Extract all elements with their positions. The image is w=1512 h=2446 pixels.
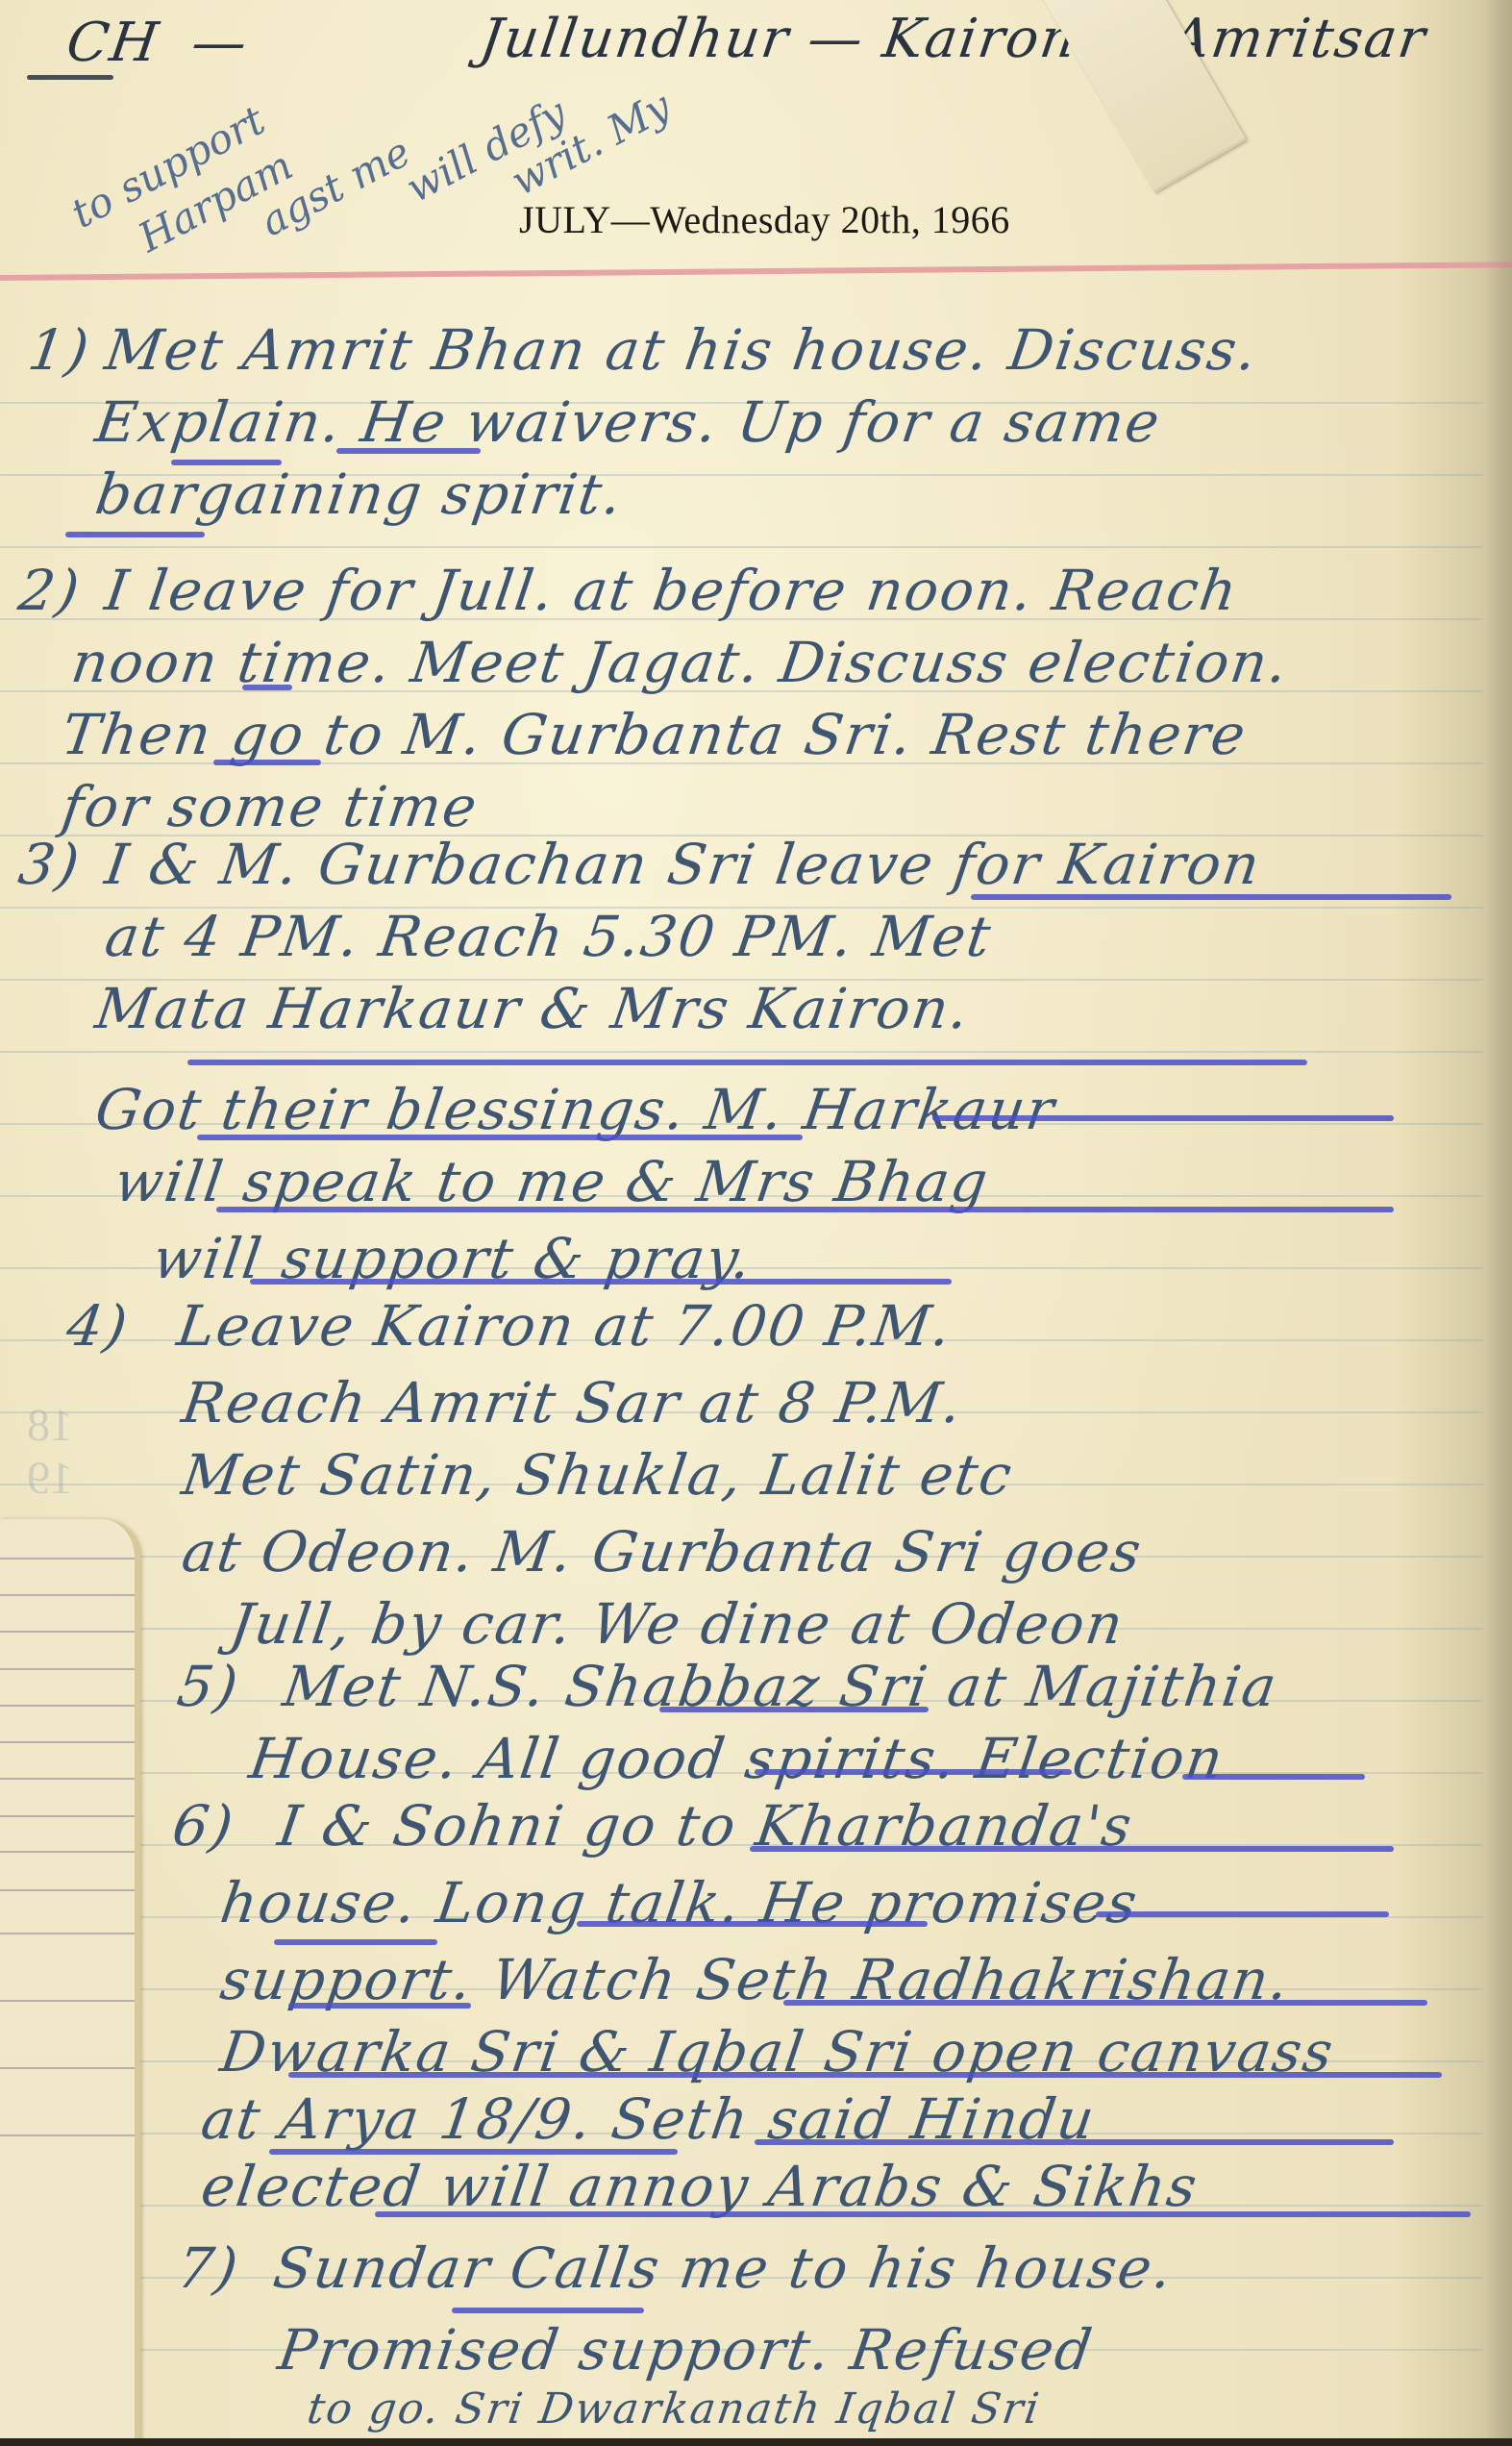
header-margin-rule [0,262,1512,281]
underline [375,2211,1471,2217]
underline [187,1060,1307,1065]
entry-line: Explain. He waivers. Up for a same [91,389,1165,455]
inset-ruled-line [0,2134,135,2136]
underline [971,894,1451,900]
printed-date-header: JULY—Wednesday 20th, 1966 [519,197,1010,242]
page-spine-shadow [1485,0,1512,2446]
underline [750,1846,1394,1852]
underline [216,1207,1394,1212]
inset-ruled-line [0,1889,135,1891]
entry-number: 4) [62,1293,133,1359]
underline [755,1769,1072,1775]
entry-line: to go. Sri Dwarkanath Iqbal Sri [304,2384,1043,2434]
underline [288,2072,1442,2078]
ruled-line [0,546,1483,548]
inset-ruled-line [0,1668,135,1670]
ruled-line [0,1051,1483,1053]
entry-number: 2) [14,558,85,623]
underline [452,2308,644,2313]
entry-line: I & M. Gurbachan Sri leave for Kairon [101,832,1265,897]
entry-line: Then go to M. Gurbanta Sri. Rest there [58,702,1251,767]
entry-line: Mata Harkaur & Mrs Kairon. [91,976,974,1041]
underline [213,760,321,765]
inset-ruled-line [0,1933,135,1934]
inset-ruled-line [0,1594,135,1596]
entry-line: Reach Amrit Sar at 8 P.M. [178,1370,967,1435]
entry-number: 6) [168,1793,238,1859]
entry-line: Got their blessings. M. Harkaur [91,1077,1059,1142]
inset-ruled-line [0,1815,135,1817]
underline [274,1939,437,1945]
underline [336,448,481,454]
inset-ruled-line [0,1741,135,1743]
entry-line: Met Satin, Shukla, Lalit etc [178,1442,1017,1508]
inset-ruled-line [0,2067,135,2069]
entry-line: House. All good spirits. Election [245,1726,1228,1791]
showthrough-number: 19 [27,1452,73,1505]
underline [755,2139,1394,2145]
entry-number: 1) [24,317,94,383]
entry-number: 3) [14,832,85,897]
entry-line: Jull, by car. We dine at Odeon [226,1591,1128,1657]
entry-line: Promised support. Refused [274,2317,1098,2383]
inset-ruled-line [0,1851,135,1853]
underline [783,2000,1427,2006]
underline [932,1115,1394,1121]
inset-ruled-line [0,1631,135,1633]
inset-ruled-line [0,1705,135,1707]
entry-line: Leave Kairon at 7.00 P.M. [173,1293,956,1359]
underline [1182,1774,1365,1780]
diary-page: 18 19 CH — Jullundhur — Kairon — Amritsa… [0,0,1512,2446]
underline [288,2003,471,2009]
inset-ruled-line [0,1558,135,1560]
underline [577,1921,928,1927]
underline [197,1135,803,1140]
entry-line: Sundar Calls me to his house. [269,2235,1177,2301]
entry-line: will speak to me & Mrs Bhag [111,1149,993,1214]
underline [1096,1911,1389,1917]
entry-line: at Odeon. M. Gurbanta Sri goes [178,1519,1147,1585]
showthrough-number: 18 [27,1399,73,1452]
entry-line: Met Amrit Bhan at his house. Discuss. [101,317,1262,383]
entry-line: at 4 PM. Reach 5.30 PM. Met [101,904,996,969]
inset-ruled-card [0,1519,140,2446]
entry-number: 5) [173,1654,243,1719]
underline [242,685,292,690]
entry-line: elected will annoy Arabs & Sikhs [197,2154,1202,2219]
header-route: Jullundhur — Kairon — Amritsar [476,8,1430,70]
entry-number: 7) [173,2235,243,2301]
underline [250,1279,952,1285]
entry-line: I leave for Jull. at before noon. Reach [101,558,1242,623]
underline [659,1707,929,1712]
entry-line: for some time [58,774,483,839]
inset-ruled-line [0,1778,135,1780]
inset-ruled-line [0,2000,135,2002]
entry-line: bargaining spirit. [91,462,628,527]
page-bottom-edge [0,2438,1512,2446]
underline [65,532,205,537]
